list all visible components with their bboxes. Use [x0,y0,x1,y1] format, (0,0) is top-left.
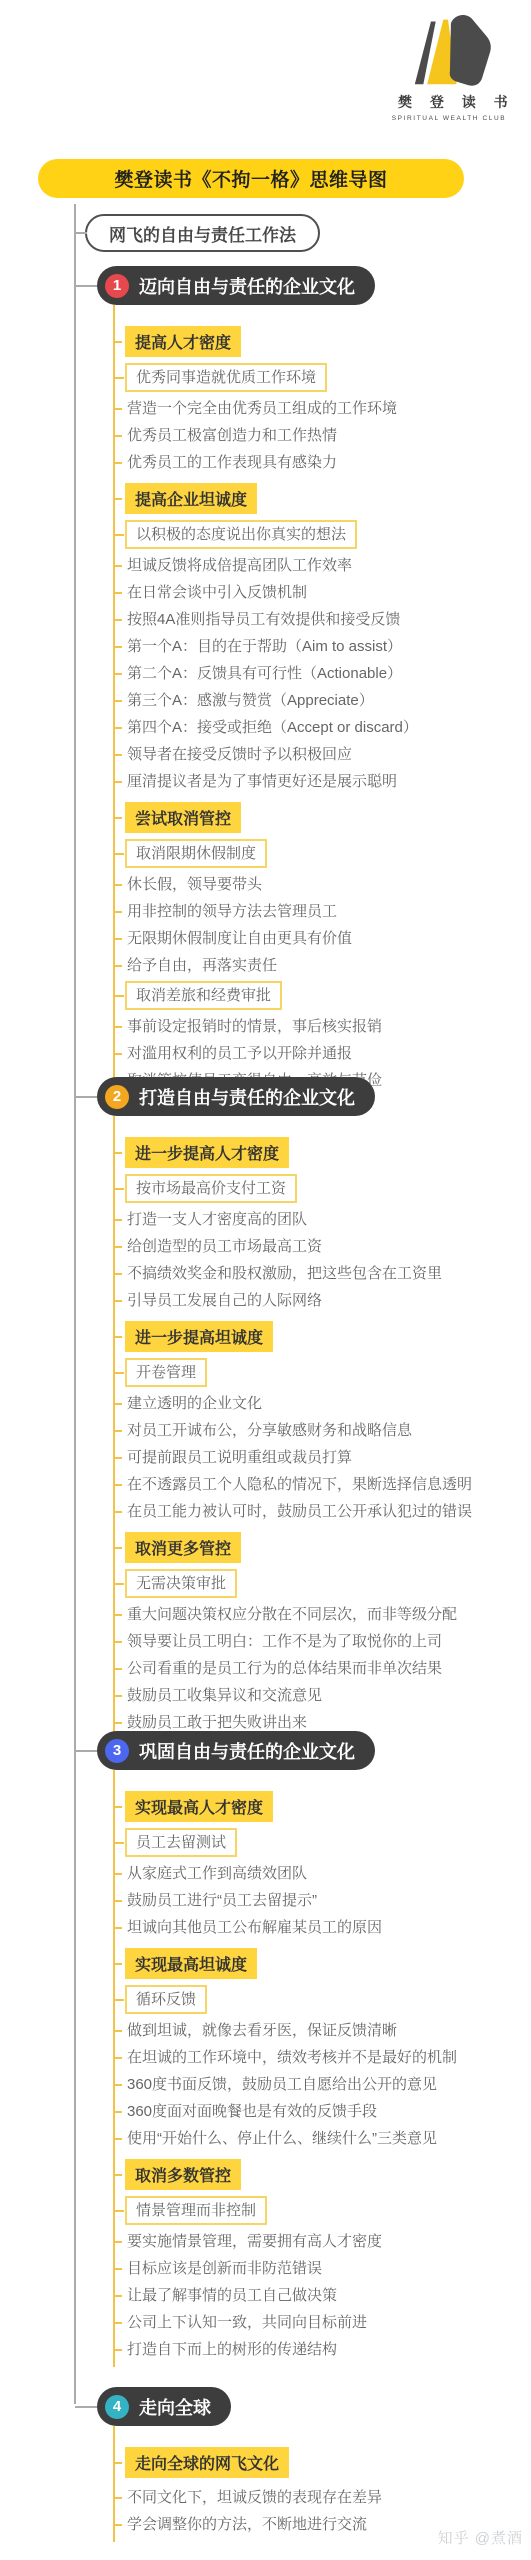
root-node: 网飞的自由与责任工作法 [85,214,320,252]
leaf-item: 对员工开诚布公，分享敏感财务和战略信息 [125,1417,531,1444]
leaf-item: 第三个A：感激与赞赏（Appreciate） [125,687,531,714]
leaf-item: 第四个A：接受或拒绝（Accept or discard） [125,714,531,741]
group-heading: 实现最高人才密度 [125,1791,273,1822]
leaf-item: 按照4A准则指导员工有效提供和接受反馈 [125,606,531,633]
leaf-item: 360度面对面晚餐也是有效的反馈手段 [125,2098,531,2125]
leaf-item: 优秀员工的工作表现具有感染力 [125,449,531,476]
leaf-item: 在日常会谈中引入反馈机制 [125,579,531,606]
leaf-item: 按市场最高价支付工资 [125,1174,297,1203]
leaf-item: 优秀员工极富创造力和工作热情 [125,422,531,449]
branch-children: 实现最高人才密度员工去留测试从家庭式工作到高绩效团队鼓励员工进行“员工去留提示”… [113,1770,531,2367]
branch-number-badge: 2 [105,1085,129,1109]
logo-tagline: SPIRITUAL WEALTH CLUB [391,115,507,122]
leaf-item: 建立透明的企业文化 [125,1390,531,1417]
leaf-item: 从家庭式工作到高绩效团队 [125,1860,531,1887]
branch-node: 2打造自由与责任的企业文化 [97,1077,375,1116]
branch-number-badge: 1 [105,274,129,298]
watermark: 知乎 @煮酒 [438,2527,523,2548]
page-title: 樊登读书《不拘一格》思维导图 [38,159,464,198]
leaf-item: 不搞绩效奖金和股权激励，把这些包含在工资里 [125,1260,531,1287]
logo-brand-text: 樊 登 读 书 [391,92,507,112]
leaf-item: 无需决策审批 [125,1569,237,1598]
group-heading: 取消多数管控 [125,2159,241,2190]
branch-children: 提高人才密度优秀同事造就优质工作环境营造一个完全由优秀员工组成的工作环境优秀员工… [113,305,531,1098]
branch-section: 4走向全球走向全球的网飞文化不同文化下，坦诚反馈的表现存在差异学会调整你的方法，… [0,2387,531,2542]
branch-node: 1迈向自由与责任的企业文化 [97,266,375,305]
branch-title: 迈向自由与责任的企业文化 [139,273,355,299]
group-heading: 实现最高坦诚度 [125,1948,257,1979]
leaf-item: 坦诚向其他员工公布解雇某员工的原因 [125,1914,531,1941]
leaf-item: 引导员工发展自己的人际网络 [125,1287,531,1314]
group-heading: 进一步提高坦诚度 [125,1321,273,1352]
leaf-item: 目标应该是创新而非防范错误 [125,2255,531,2282]
branch-title: 打造自由与责任的企业文化 [139,1084,355,1110]
branch-section: 2打造自由与责任的企业文化进一步提高人才密度按市场最高价支付工资打造一支人才密度… [0,1077,531,1740]
leaf-item: 优秀同事造就优质工作环境 [125,363,327,392]
leaf-item: 公司看重的是员工行为的总体结果而非单次结果 [125,1655,531,1682]
branch-section: 3巩固自由与责任的企业文化实现最高人才密度员工去留测试从家庭式工作到高绩效团队鼓… [0,1731,531,2367]
leaf-item: 打造自下而上的树形的传递结构 [125,2336,531,2363]
leaf-item: 在坦诚的工作环境中，绩效考核并不是最好的机制 [125,2044,531,2071]
leaf-item: 取消限期休假制度 [125,839,267,868]
leaf-item: 在不透露员工个人隐私的情况下，果断选择信息透明 [125,1471,531,1498]
leaf-item: 事前设定报销时的情景，事后核实报销 [125,1013,531,1040]
leaf-item: 用非控制的领导方法去管理员工 [125,898,531,925]
branch-title: 走向全球 [139,2394,211,2420]
branch-number-badge: 4 [105,2395,129,2419]
group-heading: 走向全球的网飞文化 [125,2447,289,2478]
leaf-item: 以积极的态度说出你真实的想法 [125,520,357,549]
leaf-item: 情景管理而非控制 [125,2196,267,2225]
leaf-item: 做到坦诚，就像去看牙医，保证反馈清晰 [125,2017,531,2044]
leaf-item: 领导者在接受反馈时予以积极回应 [125,741,531,768]
group-heading: 进一步提高人才密度 [125,1137,289,1168]
leaf-item: 休长假，领导要带头 [125,871,531,898]
leaf-item: 取消差旅和经费审批 [125,981,282,1010]
branch-children: 走向全球的网飞文化不同文化下，坦诚反馈的表现存在差异学会调整你的方法，不断地进行… [113,2426,531,2542]
leaf-item: 在员工能力被认可时，鼓励员工公开承认犯过的错误 [125,1498,531,1525]
branch-children: 进一步提高人才密度按市场最高价支付工资打造一支人才密度高的团队给创造型的员工市场… [113,1116,531,1740]
leaf-item: 循环反馈 [125,1985,207,2014]
leaf-item: 员工去留测试 [125,1828,237,1857]
leaf-item: 开卷管理 [125,1358,207,1387]
leaf-item: 重大问题决策权应分散在不同层次，而非等级分配 [125,1601,531,1628]
group-heading: 取消更多管控 [125,1532,241,1563]
leaf-item: 不同文化下，坦诚反馈的表现存在差异 [125,2484,531,2511]
leaf-item: 打造一支人才密度高的团队 [125,1206,531,1233]
leaf-item: 给予自由，再落实责任 [125,952,531,979]
leaf-item: 厘清提议者是为了事情更好还是展示聪明 [125,768,531,795]
leaf-item: 可提前跟员工说明重组或裁员打算 [125,1444,531,1471]
group-heading: 提高人才密度 [125,326,241,357]
group-heading: 尝试取消管控 [125,802,241,833]
leaf-item: 领导要让员工明白：工作不是为了取悦你的上司 [125,1628,531,1655]
group-heading: 提高企业坦诚度 [125,483,257,514]
branch-title: 巩固自由与责任的企业文化 [139,1738,355,1764]
fandeng-logo: 樊 登 读 书 SPIRITUAL WEALTH CLUB [391,12,507,122]
branch-section: 1迈向自由与责任的企业文化提高人才密度优秀同事造就优质工作环境营造一个完全由优秀… [0,266,531,1098]
leaf-item: 第二个A：反馈具有可行性（Actionable） [125,660,531,687]
branch-node: 3巩固自由与责任的企业文化 [97,1731,375,1770]
leaf-item: 对滥用权利的员工予以开除并通报 [125,1040,531,1067]
leaf-item: 营造一个完全由优秀员工组成的工作环境 [125,395,531,422]
leaf-item: 360度书面反馈，鼓励员工自愿给出公开的意见 [125,2071,531,2098]
leaf-item: 要实施情景管理，需要拥有高人才密度 [125,2228,531,2255]
leaf-item: 第一个A：目的在于帮助（Aim to assist） [125,633,531,660]
leaf-item: 公司上下认知一致，共同向目标前进 [125,2309,531,2336]
leaf-item: 无限期休假制度让自由更具有价值 [125,925,531,952]
leaf-item: 让最了解事情的员工自己做决策 [125,2282,531,2309]
leaf-item: 给创造型的员工市场最高工资 [125,1233,531,1260]
leaf-item: 鼓励员工收集异议和交流意见 [125,1682,531,1709]
book-mountain-logo-icon [391,12,507,88]
leaf-item: 坦诚反馈将成倍提高团队工作效率 [125,552,531,579]
branch-node: 4走向全球 [97,2387,231,2426]
leaf-item: 鼓励员工进行“员工去留提示” [125,1887,531,1914]
leaf-item: 使用“开始什么、停止什么、继续什么”三类意见 [125,2125,531,2152]
branch-number-badge: 3 [105,1739,129,1763]
